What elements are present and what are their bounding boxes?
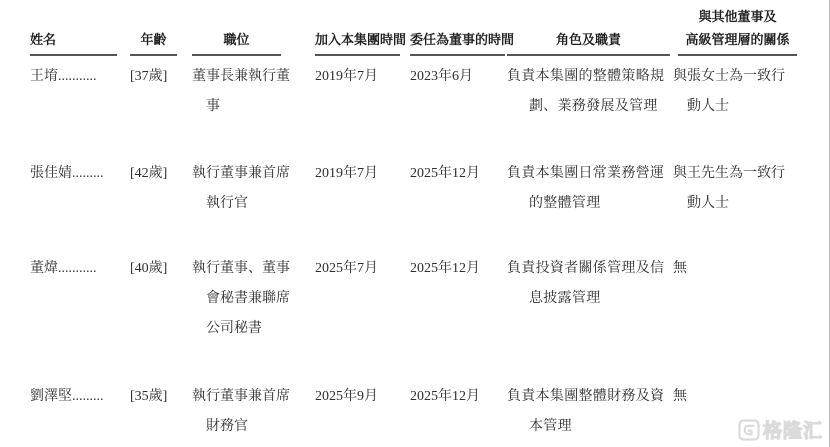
col-header-name-label: 姓名 bbox=[30, 28, 117, 51]
roles-line: 的整體管理 bbox=[507, 189, 673, 219]
roles-line: 負責投資者關係管理及信 bbox=[507, 254, 673, 284]
cell-relationship: 與張女士為一致行 動人士 bbox=[673, 62, 806, 122]
cell-appointed-date: 2025年12月 bbox=[410, 382, 507, 412]
director-name: 劉澤堅......... bbox=[30, 382, 130, 412]
cell-roles: 負責本集團整體財務及資 本管理 bbox=[507, 382, 673, 442]
cell-position: 執行董事兼首席 財務官 bbox=[192, 382, 315, 442]
header-underline bbox=[130, 54, 177, 56]
cell-joined-date: 2019年7月 bbox=[315, 62, 410, 92]
roles-line: 息披露管理 bbox=[507, 284, 673, 314]
position-line: 執行董事兼首席 bbox=[192, 159, 315, 189]
roles-line: 負責本集團日常業務營運 bbox=[507, 159, 673, 189]
cell-joined-date: 2019年7月 bbox=[315, 159, 410, 189]
col-header-appointed-label: 委任為董事的時間 bbox=[410, 28, 505, 51]
cell-relationship: 與王先生為一致行 動人士 bbox=[673, 159, 806, 219]
col-header-relationship-label-line1: 與其他董事及 bbox=[678, 5, 797, 28]
director-name: 王堉........... bbox=[30, 62, 130, 92]
appointed-date: 2025年12月 bbox=[410, 254, 507, 284]
cell-relationship: 無 bbox=[673, 254, 806, 284]
col-header-relationship-label-line2: 高級管理層的關係 bbox=[678, 28, 797, 51]
header-underline bbox=[30, 54, 117, 56]
gelonghui-watermark-text: 格隆汇 bbox=[763, 416, 823, 443]
roles-line: 劃、業務發展及管理 bbox=[507, 92, 673, 122]
relationship-line: 與張女士為一致行 bbox=[673, 62, 806, 92]
col-header-name: 姓名 bbox=[30, 4, 130, 56]
cell-name: 張佳婧......... bbox=[30, 159, 130, 189]
cell-position: 執行董事、董事 會秘書兼聯席 公司秘書 bbox=[192, 254, 315, 344]
cell-appointed-date: 2023年6月 bbox=[410, 62, 507, 92]
relationship-line: 無 bbox=[673, 382, 806, 412]
roles-line: 負責本集團的整體策略規 bbox=[507, 62, 673, 92]
table-row: 董煒........... [40歲] 執行董事、董事 會秘書兼聯席 公司秘書 … bbox=[30, 254, 806, 344]
cell-joined-date: 2025年9月 bbox=[315, 382, 410, 412]
col-header-joined-label: 加入本集團時間 bbox=[315, 28, 400, 51]
table-row: 劉澤堅......... [35歲] 執行董事兼首席 財務官 2025年9月 2… bbox=[30, 382, 806, 442]
col-header-appointed: 委任為董事的時間 bbox=[410, 4, 507, 56]
col-header-relationship: 與其他董事及 高級管理層的關係 bbox=[673, 4, 806, 56]
roles-line: 負責本集團整體財務及資 bbox=[507, 382, 673, 412]
position-line: 會秘書兼聯席 bbox=[192, 284, 315, 314]
cell-name: 王堉........... bbox=[30, 62, 130, 92]
col-header-position: 職位 bbox=[192, 4, 315, 56]
cell-appointed-date: 2025年12月 bbox=[410, 254, 507, 284]
gelonghui-logo-icon bbox=[738, 419, 760, 441]
appointed-date: 2025年12月 bbox=[410, 382, 507, 412]
col-header-age: 年齡 bbox=[130, 4, 192, 56]
director-age: [37歲] bbox=[130, 62, 192, 92]
cell-appointed-date: 2025年12月 bbox=[410, 159, 507, 189]
header-underline bbox=[315, 54, 400, 56]
joined-date: 2019年7月 bbox=[315, 62, 410, 92]
position-line: 董事長兼執行董 bbox=[192, 62, 315, 92]
relationship-line: 無 bbox=[673, 254, 806, 284]
position-line: 公司秘書 bbox=[192, 314, 315, 344]
col-header-age-label: 年齡 bbox=[130, 28, 177, 51]
table-header-row: 姓名 年齡 職位 加入本集團時間 委任為董事的時間 bbox=[30, 4, 806, 56]
director-age: [40歲] bbox=[130, 254, 192, 284]
col-header-position-label: 職位 bbox=[192, 28, 281, 51]
gelonghui-watermark: 格隆汇 bbox=[738, 416, 823, 443]
cell-joined-date: 2025年7月 bbox=[315, 254, 410, 284]
cell-relationship: 無 bbox=[673, 382, 806, 412]
joined-date: 2019年7月 bbox=[315, 159, 410, 189]
position-line: 財務官 bbox=[192, 412, 315, 442]
position-line: 執行董事、董事 bbox=[192, 254, 315, 284]
prospectus-directors-page: 姓名 年齡 職位 加入本集團時間 委任為董事的時間 bbox=[0, 0, 830, 447]
col-header-joined: 加入本集團時間 bbox=[315, 4, 410, 56]
header-underline bbox=[507, 54, 670, 56]
cell-age: [35歲] bbox=[130, 382, 192, 412]
relationship-line: 動人士 bbox=[673, 92, 806, 122]
appointed-date: 2023年6月 bbox=[410, 62, 507, 92]
relationship-line: 動人士 bbox=[673, 189, 806, 219]
position-line: 事 bbox=[192, 92, 315, 122]
header-underline bbox=[192, 54, 281, 56]
joined-date: 2025年9月 bbox=[315, 382, 410, 412]
cell-age: [37歲] bbox=[130, 62, 192, 92]
position-line: 執行董事兼首席 bbox=[192, 382, 315, 412]
cell-name: 董煒........... bbox=[30, 254, 130, 284]
director-age: [35歲] bbox=[130, 382, 192, 412]
table-row: 張佳婧......... [42歲] 執行董事兼首席 執行官 2019年7月 2… bbox=[30, 159, 806, 219]
cell-roles: 負責投資者關係管理及信 息披露管理 bbox=[507, 254, 673, 314]
cell-roles: 負責本集團日常業務營運 的整體管理 bbox=[507, 159, 673, 219]
director-name: 董煒........... bbox=[30, 254, 130, 284]
header-underline bbox=[410, 54, 505, 56]
director-age: [42歲] bbox=[130, 159, 192, 189]
relationship-line: 與王先生為一致行 bbox=[673, 159, 806, 189]
col-header-roles: 角色及職責 bbox=[507, 4, 673, 56]
table-row: 王堉........... [37歲] 董事長兼執行董 事 2019年7月 20… bbox=[30, 62, 806, 122]
director-name: 張佳婧......... bbox=[30, 159, 130, 189]
joined-date: 2025年7月 bbox=[315, 254, 410, 284]
header-underline bbox=[678, 54, 797, 56]
cell-position: 執行董事兼首席 執行官 bbox=[192, 159, 315, 219]
col-header-roles-label: 角色及職責 bbox=[507, 28, 670, 51]
cell-age: [40歲] bbox=[130, 254, 192, 284]
cell-age: [42歲] bbox=[130, 159, 192, 189]
cell-name: 劉澤堅......... bbox=[30, 382, 130, 412]
cell-roles: 負責本集團的整體策略規 劃、業務發展及管理 bbox=[507, 62, 673, 122]
cell-position: 董事長兼執行董 事 bbox=[192, 62, 315, 122]
appointed-date: 2025年12月 bbox=[410, 159, 507, 189]
position-line: 執行官 bbox=[192, 189, 315, 219]
roles-line: 本管理 bbox=[507, 412, 673, 442]
